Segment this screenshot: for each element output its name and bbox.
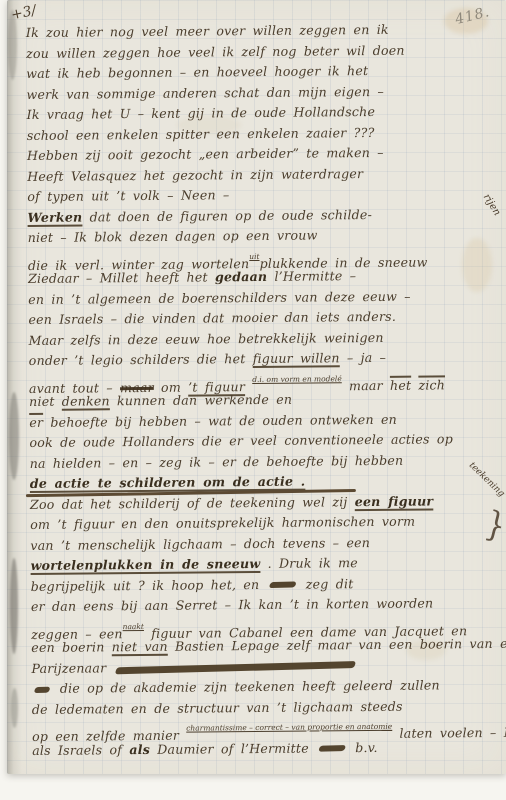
text-run: b.v.: [348, 739, 378, 754]
text-run: en in ’t algemeen de boerenschilders van…: [28, 288, 411, 306]
text-run: er dan eens bij aan Serret – Ik kan ’t i…: [31, 595, 434, 614]
scribble-mark: [269, 581, 297, 588]
text-run: Ik vraag het U – kent gij in de oude Hol…: [27, 104, 376, 122]
text-run: niet: [29, 394, 62, 409]
text-run: er: [29, 414, 43, 429]
text-run: werk van sommige anderen schat dan mijn …: [26, 83, 384, 101]
handwriting-line: op een zelfde manier charmantissime – co…: [32, 716, 501, 741]
text-run: als Israels of: [32, 742, 129, 758]
text-run: begrijpelijk uit ? ik hoop het, en: [31, 576, 267, 593]
letter-page: +3/ 418. rijen teekening } Ik zou hier n…: [7, 0, 506, 774]
text-run: gedaan: [215, 269, 267, 284]
handwriting-line: ook de oude Hollanders die er veel conve…: [29, 429, 498, 454]
text-run: zou willen zeggen hoe veel ik zelf nog b…: [26, 42, 405, 60]
text-run: . Druk ik me: [260, 555, 358, 571]
text-run: een Israels – die vinden dat mooier dan …: [28, 309, 396, 327]
handwriting-line: avant tout – maar om ’t figuur d.i. om v…: [29, 367, 498, 392]
inserted-text: d.i. om vorm en modelé: [252, 374, 342, 384]
text-run: na hielden – en – zeg ik – er de behoeft…: [30, 452, 404, 470]
underlined-text: niet van: [112, 639, 168, 654]
text-run: Ziedaar – Millet heeft het: [28, 269, 215, 286]
text-run: het: [390, 377, 411, 392]
text-run: niet – Ik blok dezen dagen op een vrouw: [28, 227, 318, 245]
handwriting-line: die op de akademie zijn teekenen heeft g…: [32, 675, 501, 700]
text-run: om ’t figuur en den onuitsprekelijk harm…: [30, 514, 415, 532]
text-run: laten voelen – Maar: [392, 724, 506, 740]
scribble-mark: [115, 661, 356, 674]
text-run: Ik zou hier nog veel meer over willen ze…: [26, 22, 389, 40]
underlined-text: de actie te schilderen om de actie .: [30, 474, 306, 491]
text-run: Hebben zij ooit gezocht „een arbeider” t…: [27, 145, 384, 163]
text-run: die op de akademie zijn teekenen heeft g…: [53, 677, 440, 695]
text-run: Maar zelfs in deze eeuw hoe betrekkelijk…: [29, 329, 384, 347]
text-run: Parijzenaar: [31, 660, 113, 676]
text-run: – ja –: [340, 350, 387, 365]
text-run: kunnen dan werkende en: [110, 392, 292, 409]
underlined-text: denken: [62, 393, 110, 408]
underlined-text: wortelenplukken in de sneeuw: [30, 556, 260, 573]
text-run: dat doen de figuren op de oude schilde-: [82, 206, 372, 224]
text-run: Heeft Velasquez het gezocht in zijn wate…: [27, 166, 363, 184]
text-run: l’Hermitte –: [267, 268, 356, 284]
text-run: zeg dit: [298, 576, 353, 591]
text-run: van ’t menschelijk ligchaam – doch teven…: [30, 535, 370, 553]
text-run: zich: [418, 377, 445, 392]
scribble-mark: [34, 686, 51, 692]
inserted-text: uit: [249, 251, 259, 260]
underlined-text: figuur willen: [253, 350, 340, 366]
text-run: een boerin: [31, 639, 112, 655]
handwriting-line: de actie te schilderen om de actie .: [30, 470, 499, 495]
text-run: de ledematen en de structuur van ’t ligc…: [32, 698, 403, 716]
text-run: Bastien Lepage zelf maar van een boerin …: [168, 636, 506, 654]
underlined-text: Werken: [27, 209, 82, 224]
inserted-text: naakt: [123, 621, 144, 630]
text-run: of typen uit ’t volk – Neen –: [27, 187, 229, 204]
text-run: Daumier of l’Hermitte: [150, 740, 316, 756]
text-run: wat ik heb begonnen – en hoeveel hooger …: [26, 63, 368, 81]
text-run: maar: [342, 377, 390, 392]
text-run: behoefte bij hebben – wat de ouden ontwe…: [43, 411, 397, 429]
letter-text: Ik zou hier nog veel meer over willen ze…: [4, 0, 506, 776]
text-run: school een enkelen spitter een enkelen z…: [27, 124, 375, 142]
text-run: ook de oude Hollanders die er veel conve…: [29, 431, 453, 450]
text-run: onder ’t legio schilders die het: [29, 351, 253, 368]
inserted-text: charmantissime – correct – van proportie…: [186, 722, 392, 733]
text-run: als: [129, 741, 150, 756]
handwriting-line: die ik verl. winter zag wortelenuitplukk…: [28, 244, 497, 269]
underlined-text: een figuur: [355, 493, 434, 509]
handwriting-line: een boerin niet van Bastien Lepage zelf …: [31, 634, 500, 659]
scribble-mark: [318, 745, 346, 752]
